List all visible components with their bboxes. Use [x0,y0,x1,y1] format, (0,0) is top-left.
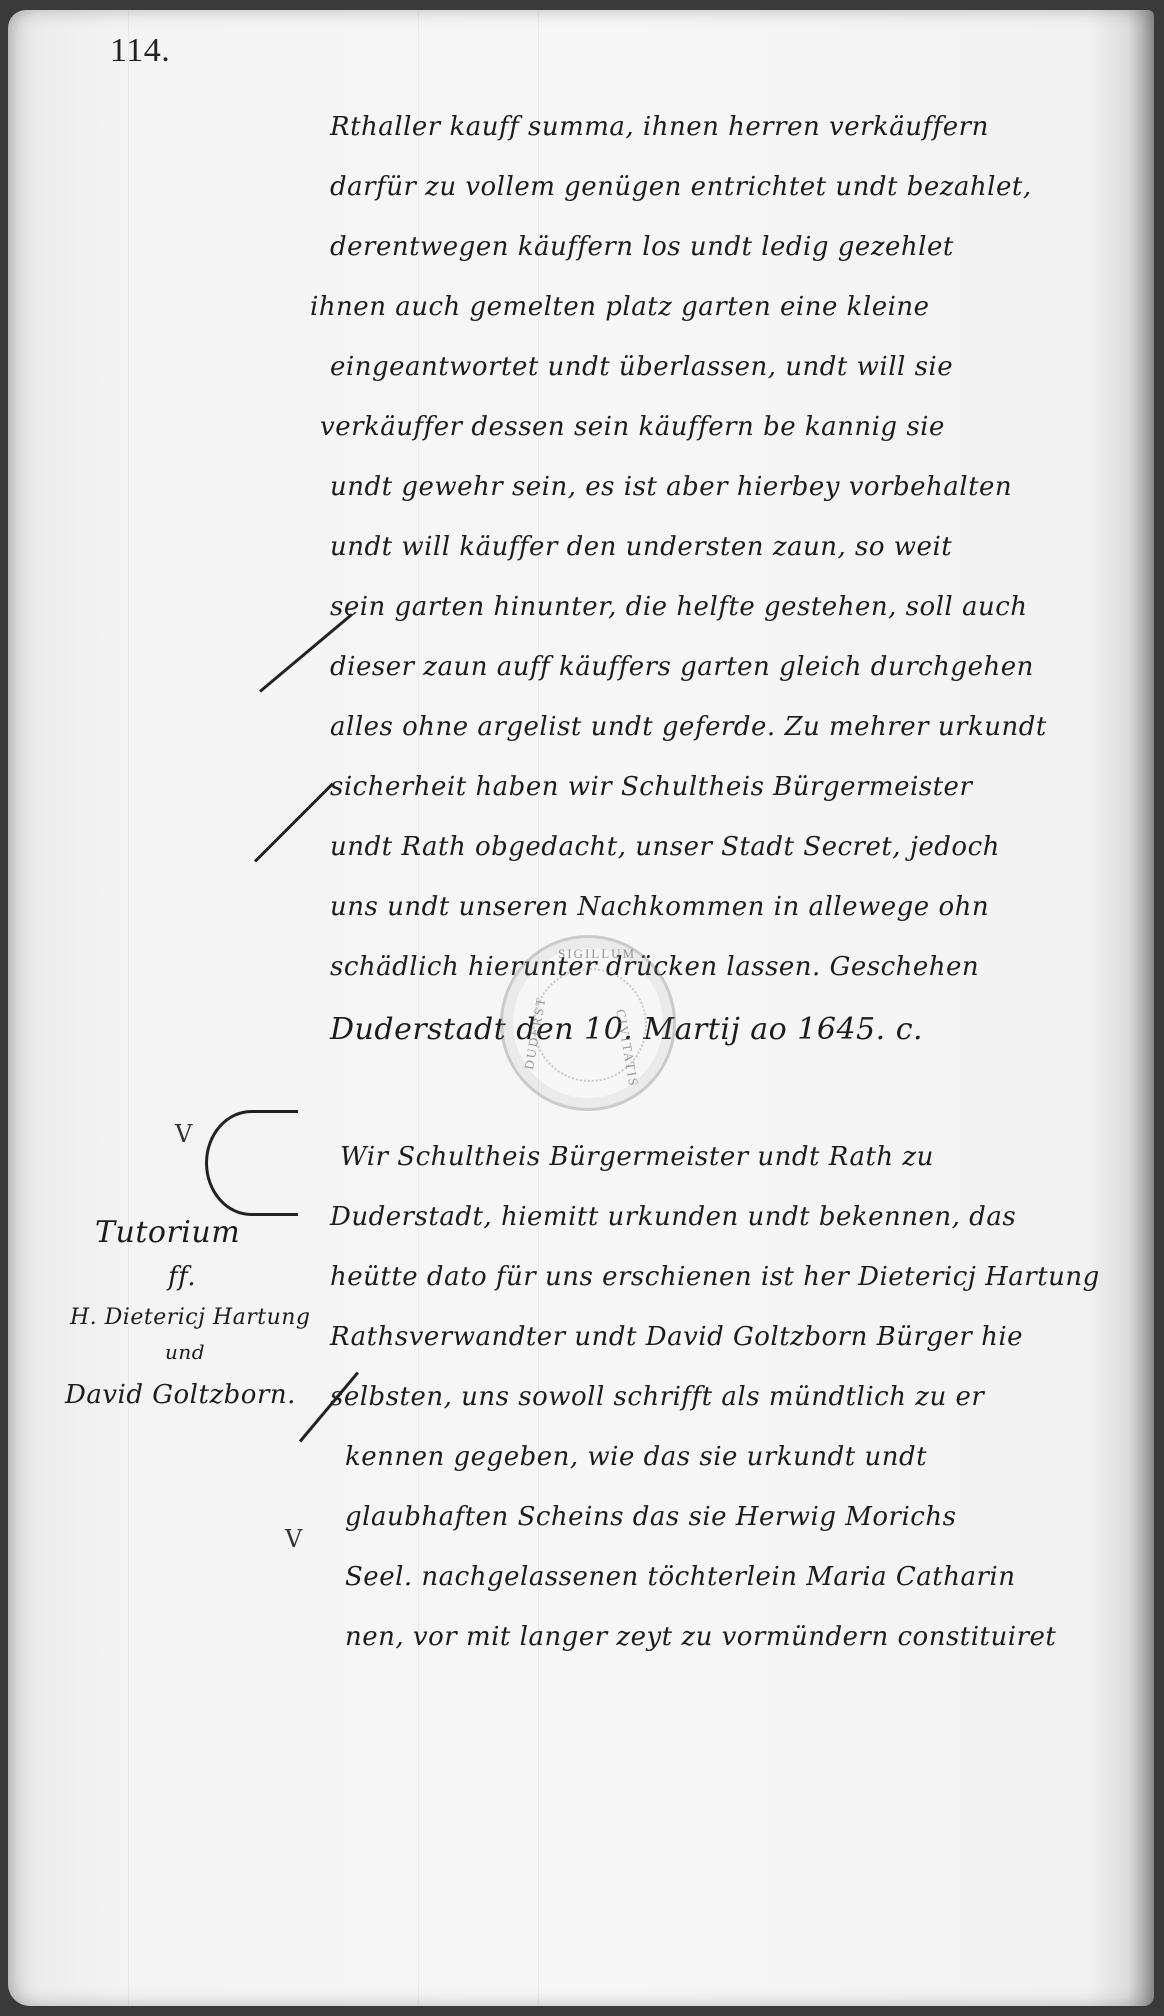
text-line: kennen gegeben, wie das sie urkundt undt [345,1442,927,1472]
text-line: ihnen auch gemelten platz garten eine kl… [310,292,930,322]
text-line: Duderstadt, hiemitt urkunden undt bekenn… [330,1202,1016,1232]
text-line: Seel. nachgelassenen töchterlein Maria C… [345,1562,1015,1592]
text-line: undt gewehr sein, es ist aber hierbey vo… [330,472,1012,502]
text-line: nen, vor mit langer zeyt zu vormündern c… [345,1622,1056,1652]
text-line: verkäuffer dessen sein käuffern be kanni… [320,412,945,442]
text-line: sein garten hinunter, die helfte gestehe… [330,592,1028,622]
paper-fold-line [128,10,129,2006]
margin-note-line: ff. [168,1262,196,1292]
text-line: uns undt unseren Nachkommen in allewege … [330,892,989,922]
margin-note-line: David Goltzborn. [65,1380,296,1410]
margin-note-line: H. Dietericj Hartung [70,1305,311,1330]
text-line: alles ohne argelist undt geferde. Zu meh… [330,712,1047,742]
text-line: Rthaller kauff summa, ihnen herren verkä… [330,112,989,142]
folio-number: 114. [110,32,170,70]
text-line: dieser zaun auff käuffers garten gleich … [330,652,1034,682]
text-line: undt will käuffer den understen zaun, so… [330,532,952,562]
text-line: undt Rath obgedacht, unser Stadt Secret,… [330,832,1000,862]
margin-note-title: Tutorium [95,1215,240,1250]
city-seal-stamp: SIGILLUM CIVITATIS DUDERST [500,935,676,1111]
margin-check-mark: V [285,1525,303,1553]
text-line: Rathsverwandter undt David Goltzborn Bür… [330,1322,1023,1352]
margin-check-mark: V [175,1120,193,1148]
text-line: heütte dato für uns erschienen ist her D… [330,1262,1100,1292]
text-line: sicherheit haben wir Schultheis Bürgerme… [330,772,972,802]
seal-text-top: SIGILLUM [558,946,636,962]
margin-note-line: und [165,1340,205,1364]
text-line: eingeantwortet undt überlassen, undt wil… [330,352,953,382]
text-line: glaubhaften Scheins das sie Herwig Moric… [345,1502,956,1532]
text-line: Wir Schultheis Bürgermeister undt Rath z… [340,1142,934,1172]
text-line: selbsten, uns sowoll schrifft als mündtl… [330,1382,984,1412]
text-line: derentwegen käuffern los undt ledig geze… [330,232,954,262]
decorated-initial-w [205,1110,298,1216]
text-line: darfür zu vollem genügen entrichtet undt… [330,172,1032,202]
